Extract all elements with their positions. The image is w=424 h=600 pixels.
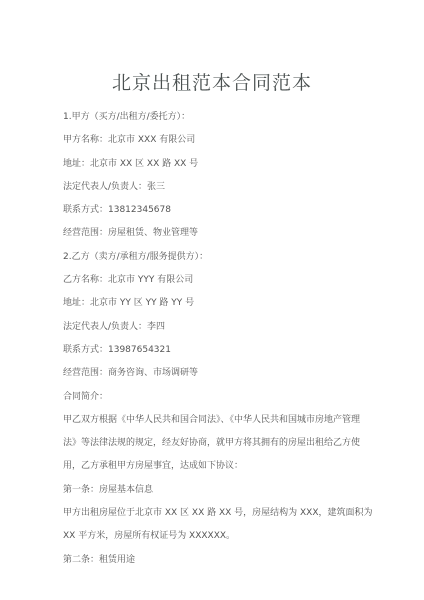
party-a-business-scope: 经营范围：房屋租赁、物业管理等: [63, 222, 383, 245]
party-a-address: 地址：北京市 XX 区 XX 路 XX 号: [63, 153, 383, 176]
document-body: 1.甲方（买方/出租方/委托方）： 甲方名称：北京市 XXX 有限公司 地址：北…: [63, 106, 383, 572]
party-a-contact: 联系方式：13812345678: [63, 199, 383, 222]
article-1-paragraph-line: 甲方出租房屋位于北京市 XX 区 XX 路 XX 号，房屋结构为 XXX，建筑面…: [63, 502, 383, 525]
party-a-heading: 1.甲方（买方/出租方/委托方）：: [63, 106, 383, 129]
party-b-address: 地址：北京市 YY 区 YY 路 YY 号: [63, 292, 383, 315]
party-a-representative: 法定代表人/负责人：张三: [63, 176, 383, 199]
article-1-heading: 第一条：房屋基本信息: [63, 479, 383, 502]
party-b-representative: 法定代表人/负责人：李四: [63, 316, 383, 339]
contract-intro-heading: 合同简介：: [63, 386, 383, 409]
article-2-heading: 第二条：租赁用途: [63, 549, 383, 572]
contract-intro-paragraph-line: 甲乙双方根据《中华人民共和国合同法》、《中华人民共和国城市房地产管理: [63, 409, 383, 432]
party-b-name: 乙方名称：北京市 YYY 有限公司: [63, 269, 383, 292]
article-1-paragraph-line: XX 平方米，房屋所有权证号为 XXXXXX。: [63, 525, 383, 548]
document-title: 北京出租范本合同范本: [0, 68, 424, 95]
party-b-contact: 联系方式：13987654321: [63, 339, 383, 362]
party-b-business-scope: 经营范围：商务咨询、市场调研等: [63, 362, 383, 385]
party-a-name: 甲方名称：北京市 XXX 有限公司: [63, 129, 383, 152]
party-b-heading: 2.乙方（卖方/承租方/服务提供方）：: [63, 246, 383, 269]
contract-intro-paragraph-line: 用，乙方承租甲方房屋事宜，达成如下协议：: [63, 455, 383, 478]
contract-intro-paragraph-line: 法》等法律法规的规定，经友好协商，就甲方将其拥有的房屋出租给乙方使: [63, 432, 383, 455]
document-page: 北京出租范本合同范本 1.甲方（买方/出租方/委托方）： 甲方名称：北京市 XX…: [0, 0, 424, 600]
